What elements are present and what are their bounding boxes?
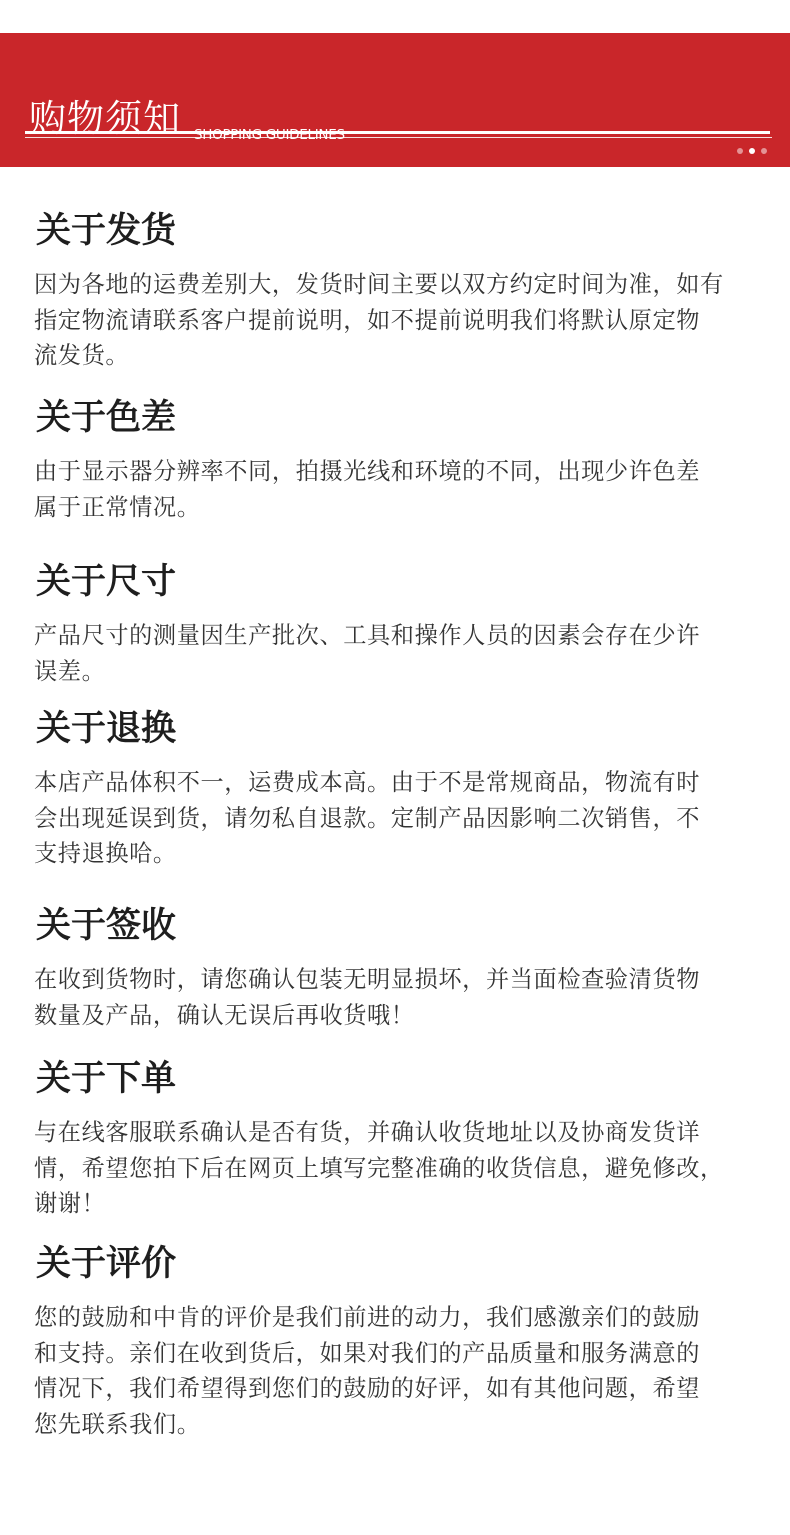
section-body: 在收到货物时，请您确认包装无明显损坏，并当面检查验清货物 数量及产品，确认无误后… [34, 962, 774, 1033]
section-body: 本店产品体积不一，运费成本高。由于不是常规商品，物流有时 会出现延误到货，请勿私… [34, 765, 774, 872]
dot-icon [737, 148, 743, 154]
carousel-dots [737, 148, 767, 156]
section-title: 关于尺寸 [36, 562, 176, 602]
section-body: 与在线客服联系确认是否有货，并确认收货地址以及协商发货详 情，希望您拍下后在网页… [34, 1115, 774, 1222]
section-title: 关于下单 [36, 1059, 176, 1099]
divider-thick [25, 131, 770, 134]
section-title: 关于色差 [36, 398, 176, 438]
section-body: 由于显示器分辨率不同，拍摄光线和环境的不同，出现少许色差 属于正常情况。 [34, 454, 774, 525]
guidelines-banner: 购物须知 SHOPPING GUIDELINES [0, 33, 790, 167]
section-body: 产品尺寸的测量因生产批次、工具和操作人员的因素会存在少许 误差。 [34, 618, 774, 689]
section-title: 关于退换 [36, 709, 176, 749]
section-title: 关于签收 [36, 906, 176, 946]
section-title: 关于发货 [36, 211, 176, 251]
dot-icon-active [749, 148, 755, 154]
dot-icon [761, 148, 767, 154]
banner-title: 购物须知 [29, 97, 181, 141]
banner-subtitle: SHOPPING GUIDELINES [194, 127, 345, 143]
divider-thin [25, 137, 772, 138]
section-title: 关于评价 [36, 1244, 176, 1284]
section-body: 因为各地的运费差别大，发货时间主要以双方约定时间为准，如有 指定物流请联系客户提… [34, 267, 774, 374]
section-body: 您的鼓励和中肯的评价是我们前进的动力，我们感激亲们的鼓励 和支持。亲们在收到货后… [34, 1300, 774, 1442]
